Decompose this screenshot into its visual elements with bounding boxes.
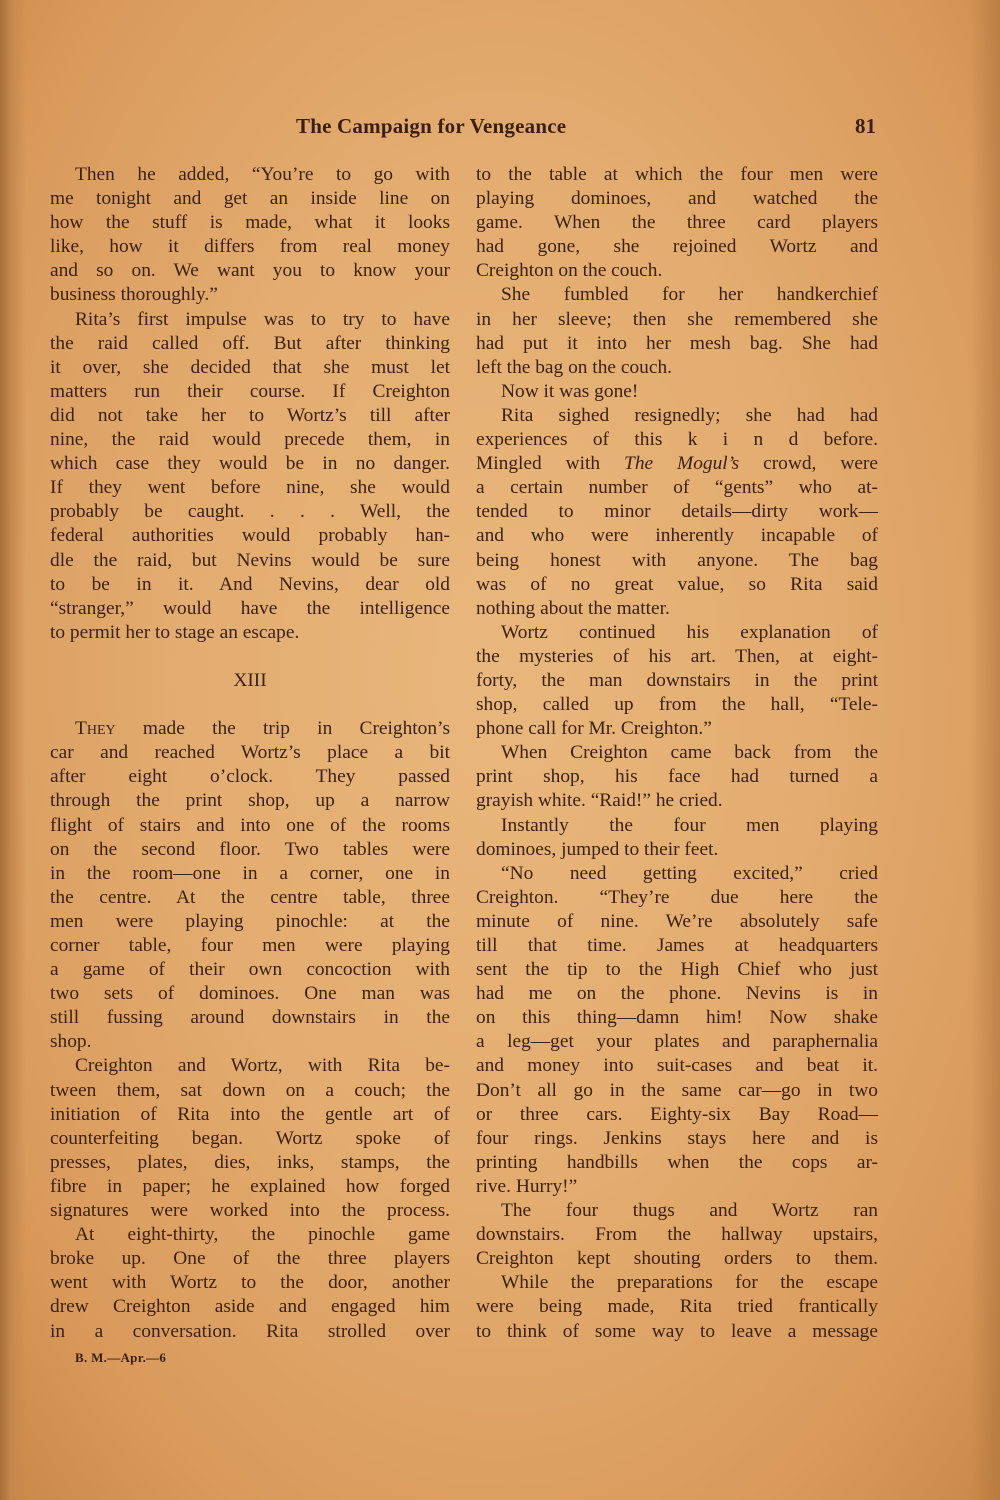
text-line: Rita sighed resignedly; she had had (476, 404, 878, 428)
text-line: a game of their own concoction with (50, 958, 450, 982)
text-line: phone call for Mr. Creighton.” (476, 717, 878, 741)
text-line: dominoes, jumped to their feet. (476, 838, 878, 862)
text-line: game. When the three card players (476, 211, 878, 235)
text-line: men were playing pinochle: at the (50, 910, 450, 934)
text-line: broke up. One of the three players (50, 1247, 450, 1271)
text-line: in her sleeve; then she remembered she (476, 308, 878, 332)
text-line: and so on. We want you to know your (50, 259, 450, 283)
text-line: Rita’s first impulse was to try to have (50, 308, 450, 332)
text-line: left the bag on the couch. (476, 356, 878, 380)
text-line: Creighton kept shouting orders to them. (476, 1247, 878, 1271)
text-line: grayish white. “Raid!” he cried. (476, 789, 878, 813)
text-line: and money into suit-cases and beat it. (476, 1054, 878, 1078)
text-line: flight of stairs and into one of the roo… (50, 814, 450, 838)
left-text-column: Then he added, “You’re to go withme toni… (50, 163, 450, 1344)
text-line: At eight-thirty, the pinochle game (50, 1223, 450, 1247)
text-line: being honest with anyone. The bag (476, 549, 878, 573)
text-line: signatures were worked into the process. (50, 1199, 450, 1223)
text-line: the mysteries of his art. Then, at eight… (476, 645, 878, 669)
text-line: were being made, Rita tried frantically (476, 1295, 878, 1319)
text-line: While the preparations for the escape (476, 1271, 878, 1295)
text-line: Instantly the four men playing (476, 814, 878, 838)
text-line: probably be caught. . . . Well, the (50, 500, 450, 524)
text-line: Creighton. “They’re due here the (476, 886, 878, 910)
text-line: matters run their course. If Creighton (50, 380, 450, 404)
text-line: how the stuff is made, what it looks (50, 211, 450, 235)
text-line: after eight o’clock. They passed (50, 765, 450, 789)
text-line: federal authorities would probably han- (50, 524, 450, 548)
text-line: rive. Hurry!” (476, 1175, 878, 1199)
text-line: or three cars. Eighty-six Bay Road— (476, 1103, 878, 1127)
text-line: was of no great value, so Rita said (476, 573, 878, 597)
text-line: four rings. Jenkins stays here and is (476, 1127, 878, 1151)
text-line: minute of nine. We’re absolutely safe (476, 910, 878, 934)
text-line: tween them, sat down on a couch; the (50, 1079, 450, 1103)
text-line: presses, plates, dies, inks, stamps, the (50, 1151, 450, 1175)
text-line: Mingled with The Mogul’s crowd, were (476, 452, 878, 476)
text-line: When Creighton came back from the (476, 741, 878, 765)
text-line: on this thing—damn him! Now shake (476, 1006, 878, 1030)
text-line: through the print shop, up a narrow (50, 789, 450, 813)
text-line: a leg—get your plates and paraphernalia (476, 1030, 878, 1054)
text-line: Then he added, “You’re to go with (50, 163, 450, 187)
page-edge-shadow (970, 0, 1000, 1500)
text-line: in the room—one in a corner, one in (50, 862, 450, 886)
text-line: The four thugs and Wortz ran (476, 1199, 878, 1223)
text-line: shop. (50, 1030, 450, 1054)
text-line: counterfeiting began. Wortz spoke of (50, 1127, 450, 1151)
text-line: went with Wortz to the door, another (50, 1271, 450, 1295)
text-line: it over, she decided that she must let (50, 356, 450, 380)
text-line: on the second floor. Two tables were (50, 838, 450, 862)
text-line: Creighton and Wortz, with Rita be- (50, 1054, 450, 1078)
text-line: car and reached Wortz’s place a bit (50, 741, 450, 765)
text-line: which case they would be in no danger. (50, 452, 450, 476)
text-line: to be in it. And Nevins, dear old (50, 573, 450, 597)
text-line: business thoroughly.” (50, 283, 450, 307)
text-line: to permit her to stage an escape. (50, 621, 450, 645)
text-line: had put it into her mesh bag. She had (476, 332, 878, 356)
text-line: printing handbills when the cops ar- (476, 1151, 878, 1175)
text-line: nine, the raid would precede them, in (50, 428, 450, 452)
text-line: corner table, four men were playing (50, 934, 450, 958)
chapter-heading: XIII (50, 669, 450, 693)
text-line: Now it was gone! (476, 380, 878, 404)
text-line: experiences of this k i n d before. (476, 428, 878, 452)
text-line: in a conversation. Rita strolled over (50, 1320, 450, 1344)
text-line: print shop, his face had turned a (476, 765, 878, 789)
text-line: Wortz continued his explanation of (476, 621, 878, 645)
text-line: had me on the phone. Nevins is in (476, 982, 878, 1006)
text-line: nothing about the matter. (476, 597, 878, 621)
text-line: downstairs. From the hallway upstairs, (476, 1223, 878, 1247)
text-line: a certain number of “gents” who at- (476, 476, 878, 500)
text-line: to the table at which the four men were (476, 163, 878, 187)
page-number: 81 (855, 114, 876, 139)
text-line: “stranger,” would have the intelligence (50, 597, 450, 621)
text-line: initiation of Rita into the gentle art o… (50, 1103, 450, 1127)
text-line: “No need getting excited,” cried (476, 862, 878, 886)
text-line: dle the raid, but Nevins would be sure (50, 549, 450, 573)
text-line: did not take her to Wortz’s till after (50, 404, 450, 428)
text-line: had gone, she rejoined Wortz and (476, 235, 878, 259)
text-line: drew Creighton aside and engaged him (50, 1295, 450, 1319)
text-line: the centre. At the centre table, three (50, 886, 450, 910)
text-line: fibre in paper; he explained how forged (50, 1175, 450, 1199)
text-line: forty, the man downstairs in the print (476, 669, 878, 693)
text-line: They made the trip in Creighton’s (50, 717, 450, 741)
text-line: tended to minor details—dirty work— (476, 500, 878, 524)
text-line: the raid called off. But after thinking (50, 332, 450, 356)
text-line: me tonight and get an inside line on (50, 187, 450, 211)
text-line: She fumbled for her handkerchief (476, 283, 878, 307)
text-line: still fussing around downstairs in the (50, 1006, 450, 1030)
text-line: to think of some way to leave a message (476, 1320, 878, 1344)
signature-mark: B. M.—Apr.—6 (75, 1350, 166, 1366)
text-line: till that time. James at headquarters (476, 934, 878, 958)
text-line: two sets of dominoes. One man was (50, 982, 450, 1006)
text-line (50, 645, 450, 669)
text-line: playing dominoes, and watched the (476, 187, 878, 211)
running-head: The Campaign for Vengeance 81 (296, 114, 876, 144)
text-line: like, how it differs from real money (50, 235, 450, 259)
book-spine-shadow (0, 0, 26, 1500)
text-line: and who were inherently incapable of (476, 524, 878, 548)
text-line: shop, called up from the hall, “Tele- (476, 693, 878, 717)
running-title: The Campaign for Vengeance (296, 114, 566, 139)
text-line: Creighton on the couch. (476, 259, 878, 283)
text-line: sent the tip to the High Chief who just (476, 958, 878, 982)
text-line: If they went before nine, she would (50, 476, 450, 500)
text-line (50, 693, 450, 717)
text-line: Don’t all go in the same car—go in two (476, 1079, 878, 1103)
right-text-column: to the table at which the four men werep… (476, 163, 878, 1344)
